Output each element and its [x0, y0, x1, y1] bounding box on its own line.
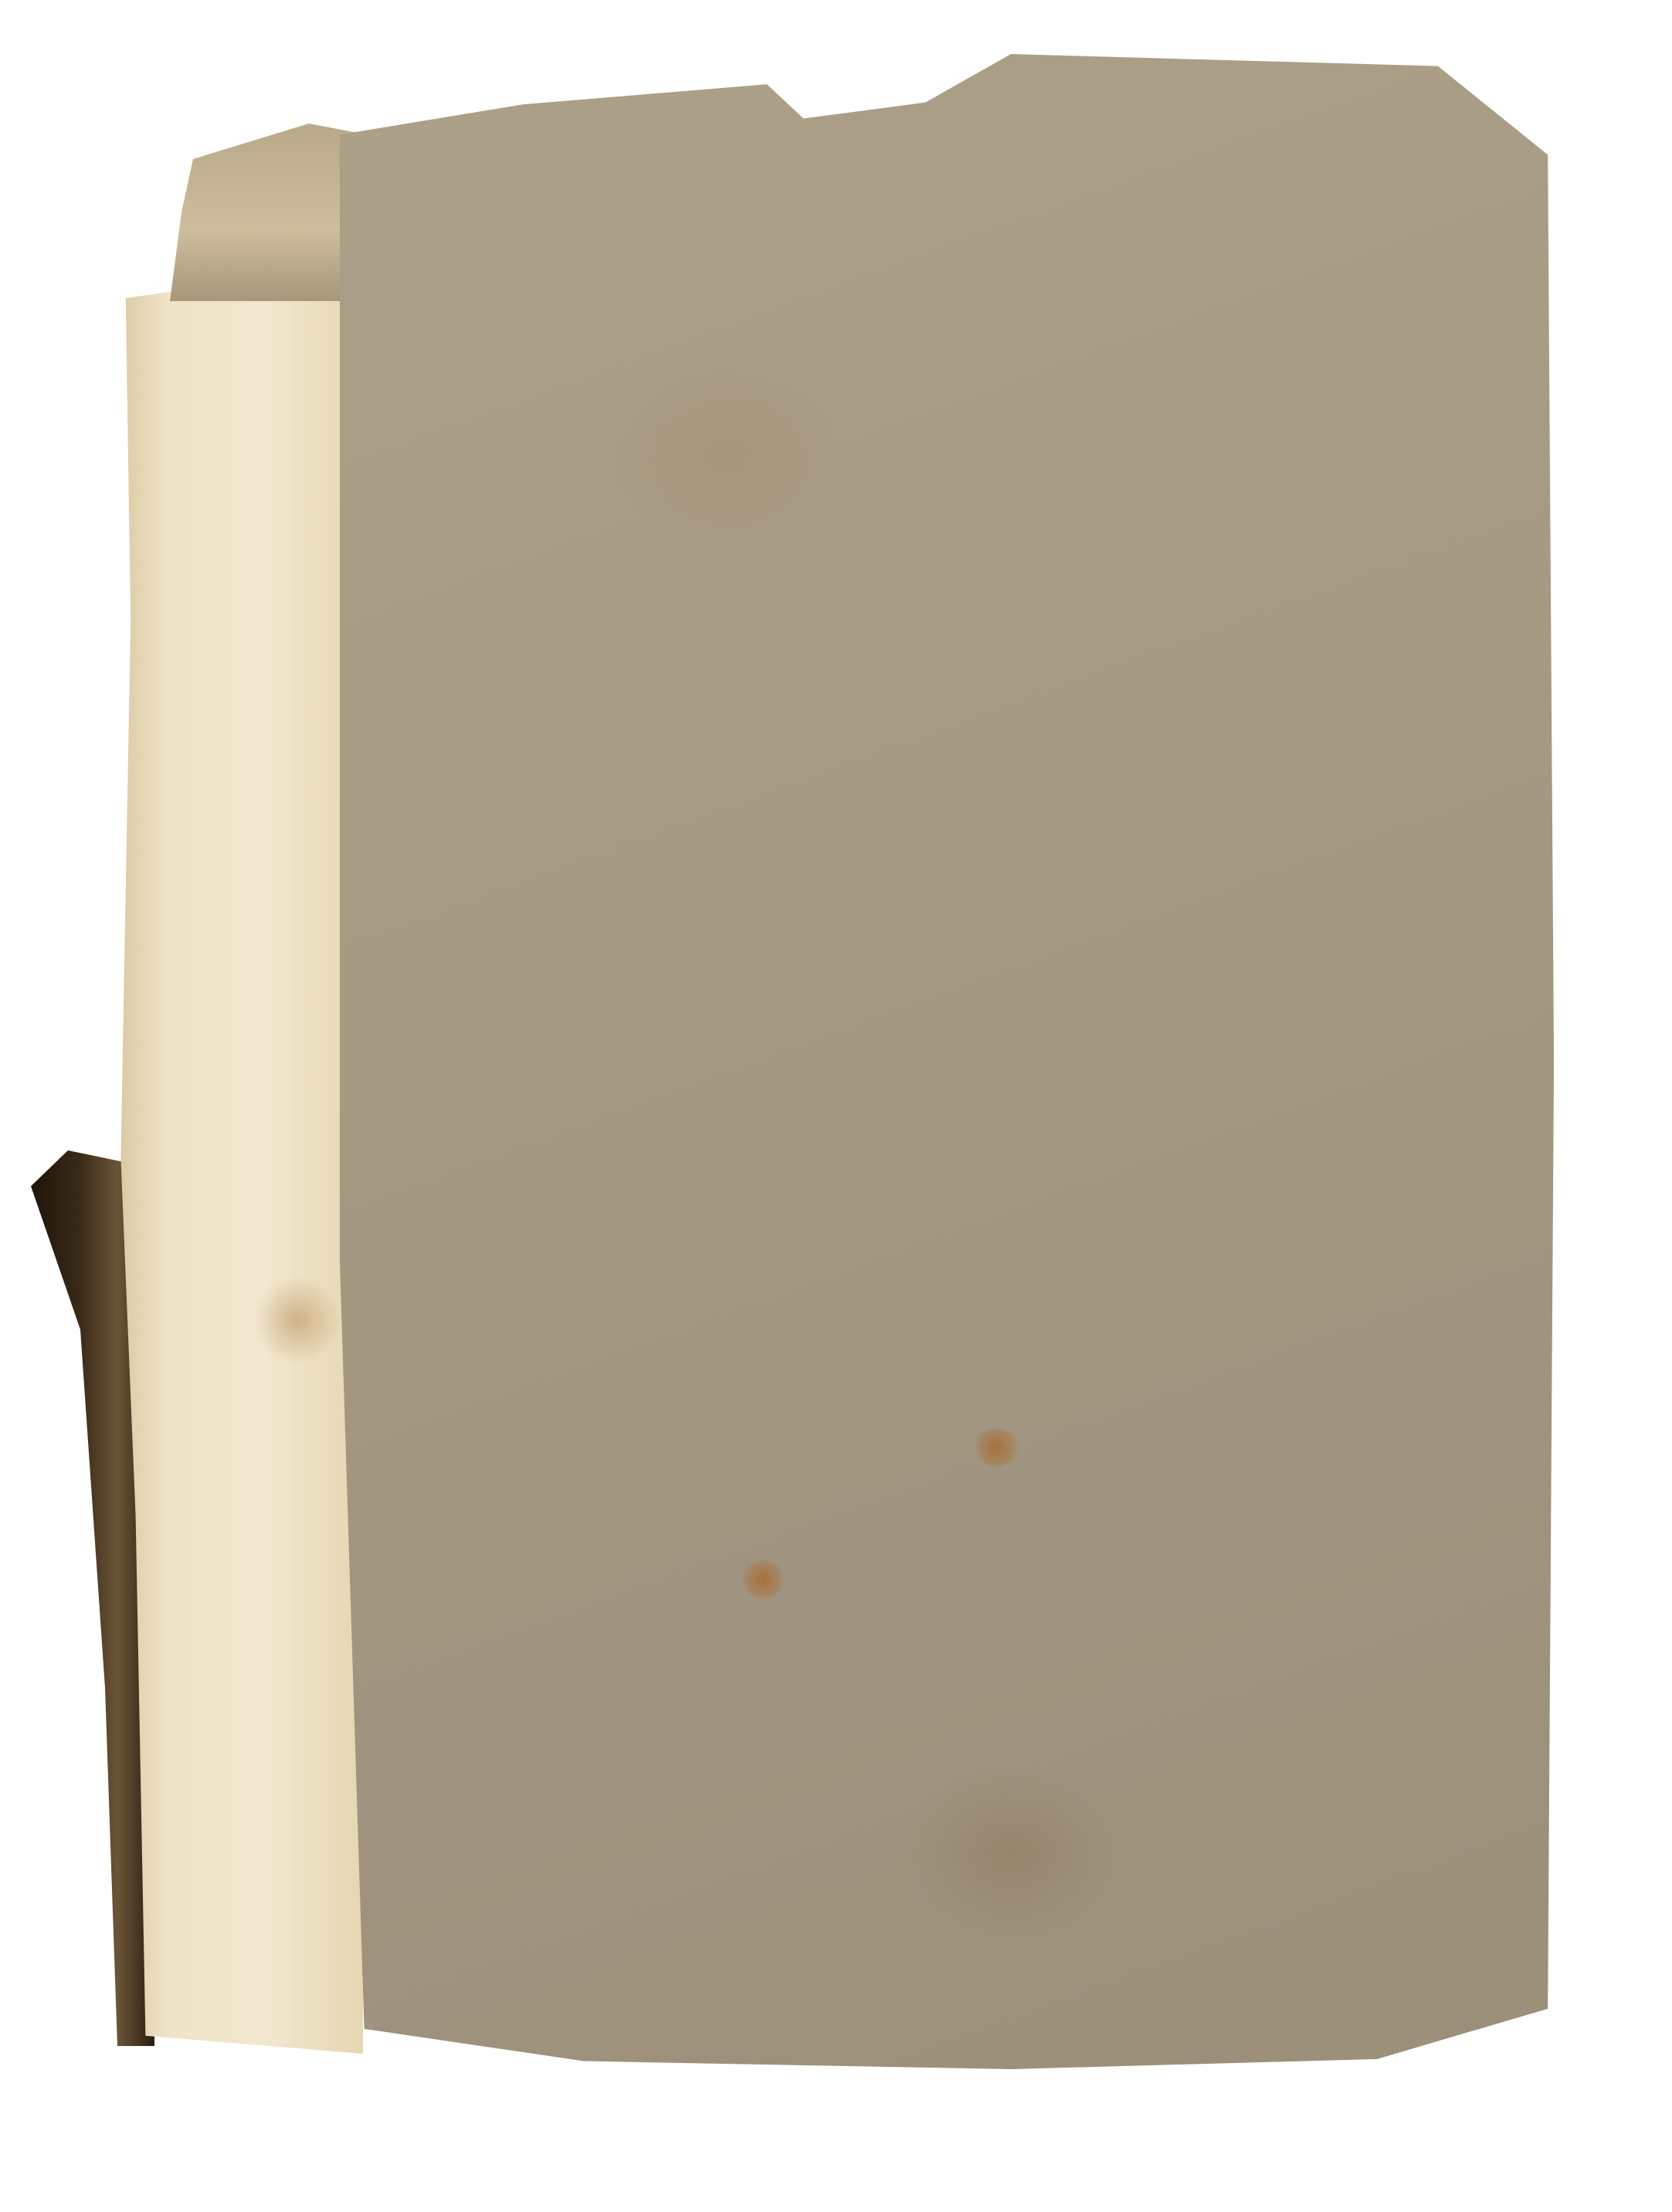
cover-stain-spot	[741, 1560, 785, 1600]
book-cover	[340, 54, 1560, 2069]
page-stain	[255, 1274, 340, 1367]
old-book-photo	[0, 0, 1672, 2212]
exposed-page-edges	[116, 263, 363, 2054]
cover-stain-spot	[973, 1428, 1019, 1467]
